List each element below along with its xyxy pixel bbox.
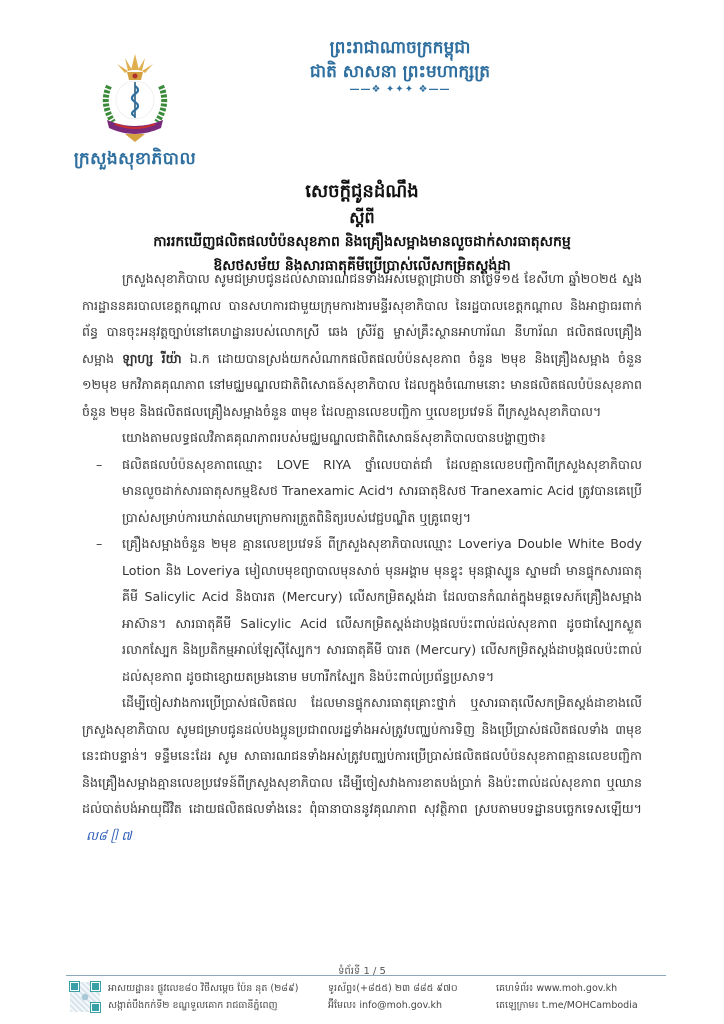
footer-online: គេហទំព័រ៖ www.moh.gov.kh តេឡេក្រាម៖ t.me…: [496, 980, 638, 1014]
footer-contact: អាសយដ្ឋាន៖ ផ្លូវលេខ៨០ វិថីសម្តេច ប៉ែន នុ…: [66, 980, 666, 1020]
paragraph-advisory: ដើម្បីចៀសវាងការប្រើប្រាស់ផលិតផល ដែលមានផ្…: [82, 690, 642, 849]
phone-number: ទូរស័ព្ទ៖(+៨៥៥) ២៣ ៨៨៥ ៩៧០: [328, 980, 458, 997]
brand-name: ឡាហ្ស រីយ៉ា: [122, 351, 182, 366]
announcement-title: សេចក្តីជូនដំណឹង ស្តីពី ការរកឃើញផលិតផលបំប…: [80, 178, 644, 278]
kingdom-name: ព្រះរាជាណាចក្រកម្ពុជា: [250, 36, 550, 60]
page-number: ទំព័រទី 1 / 5: [0, 964, 724, 979]
ministry-emblem-icon: [95, 52, 175, 144]
bullet-dash: –: [96, 531, 102, 558]
bullet-dash: –: [96, 452, 102, 479]
website-link[interactable]: គេហទំព័រ៖ www.moh.gov.kh: [496, 980, 638, 997]
ornament-divider: ——❖ ✦✦✦ ❖——: [250, 84, 550, 96]
document-page: ក្រសួងសុខាភិបាល ព្រះរាជាណាចក្រកម្ពុជា ជា…: [0, 0, 724, 1024]
qr-finder-icon: [91, 982, 100, 991]
telegram-link[interactable]: តេឡេក្រាម៖ t.me/MOHCambodia: [496, 997, 638, 1014]
paragraph-advisory-text: ដើម្បីចៀសវាងការប្រើប្រាស់ផលិតផល ដែលមានផ្…: [82, 695, 642, 816]
email-link[interactable]: អ៊ីមែល៖ info@moh.gov.kh: [328, 997, 458, 1014]
qr-finder-icon: [91, 1003, 100, 1012]
paragraph-results-intro: យោងតាមលទ្ធផលវិភាគគុណភាពរបស់មជ្ឈមណ្ឌលជាតិ…: [82, 425, 642, 452]
list-item-supplement: –ផលិតផលបំប៉នសុខភាពឈ្មោះ LOVE RIYA ថ្នាំល…: [82, 452, 642, 532]
national-motto: ជាតិ សាសនា ព្រះមហាក្សត្រ: [250, 60, 550, 84]
handwritten-initials: ល៨ ᥫ ៧: [86, 828, 132, 843]
address-line-2: សង្កាត់បឹងកក់ទី២ ខណ្ឌទួលគោក រាជធានីភ្នំព…: [108, 997, 298, 1014]
announcement-body: ក្រសួងសុខាភិបាល សូមជម្រាបជូនដល់សាធារណជនទ…: [82, 266, 642, 849]
footer-divider: [66, 975, 666, 976]
ministry-logo-block: ក្រសួងសុខាភិបាល: [60, 52, 210, 173]
footer-address: អាសយដ្ឋាន៖ ផ្លូវលេខ៨០ វិថីសម្តេច ប៉ែន នុ…: [108, 980, 298, 1014]
footer-contact-info: ទូរស័ព្ទ៖(+៨៥៥) ២៣ ៨៨៥ ៩៧០ អ៊ីមែល៖ info@…: [328, 980, 458, 1014]
title-regarding: ស្តីពី: [80, 206, 644, 230]
qr-code-icon[interactable]: [70, 982, 100, 1012]
kingdom-motto: ព្រះរាជាណាចក្រកម្ពុជា ជាតិ សាសនា ព្រះមហា…: [250, 36, 550, 96]
address-line-1: អាសយដ្ឋាន៖ ផ្លូវលេខ៨០ វិថីសម្តេច ប៉ែន នុ…: [108, 980, 298, 997]
title-announcement: សេចក្តីជូនដំណឹង: [80, 178, 644, 206]
list-item-cosmetics-text: គ្រឿងសម្អាងចំនួន ២មុខ គ្មានលេខប្រវេទន៍ ព…: [122, 536, 642, 684]
paragraph-incident: ក្រសួងសុខាភិបាល សូមជម្រាបជូនដល់សាធារណជនទ…: [82, 266, 642, 425]
list-item-supplement-text: ផលិតផលបំប៉នសុខភាពឈ្មោះ LOVE RIYA ថ្នាំលេ…: [122, 457, 642, 525]
title-subject-line1: ការរកឃើញផលិតផលបំប៉នសុខភាព និងគ្រឿងសម្អាង…: [80, 230, 644, 254]
qr-finder-icon: [70, 982, 79, 991]
list-item-cosmetics: –គ្រឿងសម្អាងចំនួន ២មុខ គ្មានលេខប្រវេទន៍ …: [82, 531, 642, 690]
ministry-name: ក្រសួងសុខាភិបាល: [60, 148, 210, 173]
